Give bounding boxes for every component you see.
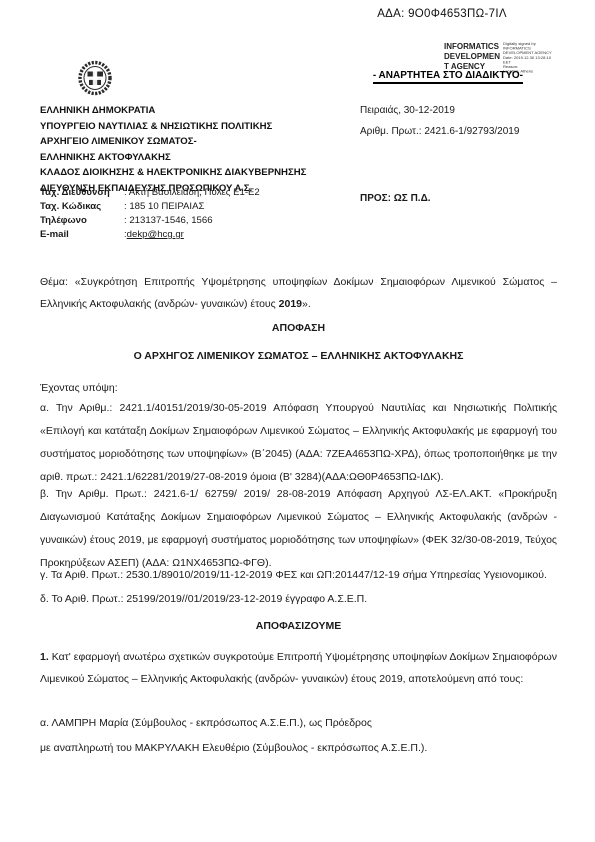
contact-info: Ταχ. Διεύθυνση : Ακτή Βασιλειάδη, Πύλες … — [40, 186, 340, 242]
paragraph-text: Κατ' εφαρμογή ανωτέρω σχετικών συγκροτού… — [40, 651, 557, 685]
paragraph-number: 1. — [40, 651, 49, 663]
regard-item-a: α. Την Αριθμ.: 2421.1/40151/2019/30-05-2… — [40, 397, 557, 489]
ministry-header: ΕΛΛΗΝΙΚΗ ΔΗΜΟΚΡΑΤΙΑ ΥΠΟΥΡΓΕΙΟ ΝΑΥΤΙΛΙΑΣ … — [40, 103, 340, 196]
header-line-hq1: ΑΡΧΗΓΕΙΟ ΛΙΜΕΝΙΚΟΥ ΣΩΜΑΤΟΣ- — [40, 134, 340, 150]
having-regard-label: Έχοντας υπόψη: — [40, 379, 557, 397]
regard-item-c: γ. Τα Αριθ. Πρωτ.: 2530.1/89010/2019/11-… — [40, 566, 557, 584]
header-line-branch: ΚΛΑΔΟΣ ΔΙΟΙΚΗΣΗΣ & ΗΛΕΚΤΡΟΝΙΚΗΣ ΔΙΑΚΥΒΕΡ… — [40, 165, 340, 181]
contact-value: : Ακτή Βασιλειάδη, Πύλες Ε1-Ε2 — [124, 186, 260, 200]
committee-member-a-substitute: με αναπληρωτή του ΜΑΚΡΥΛΑΚΗ Ελευθέριο (Σ… — [40, 739, 557, 757]
decision-heading: ΑΠΟΦΑΣΗ — [40, 322, 557, 334]
contact-label: E-mail — [40, 228, 124, 242]
contact-row-phone: Τηλέφωνο : 213137-1546, 1566 — [40, 214, 340, 228]
header-line-republic: ΕΛΛΗΝΙΚΗ ΔΗΜΟΚΡΑΤΙΑ — [40, 103, 340, 119]
header-line-ministry: ΥΠΟΥΡΓΕΙΟ ΝΑΥΤΙΛΙΑΣ & ΝΗΣΙΩΤΙΚΗΣ ΠΟΛΙΤΙΚ… — [40, 119, 340, 135]
contact-label: Ταχ. Κώδικας — [40, 200, 124, 214]
contact-label: Τηλέφωνο — [40, 214, 124, 228]
decision-paragraph-1: 1. Κατ' εφαρμογή ανωτέρω σχετικών συγκρο… — [40, 646, 557, 690]
hellenic-republic-emblem-icon — [76, 58, 114, 98]
regard-item-d: δ. Το Αριθ. Πρωτ.: 25199/2019//01/2019/2… — [40, 590, 557, 608]
ada-code: ΑΔΑ: 9Ο0Φ4653ΠΩ-7ΙΛ — [352, 8, 532, 20]
regard-item-b: β. Την Αριθμ. Πρωτ.: 2421.6-1/ 62759/ 20… — [40, 483, 557, 575]
subject-line: Θέμα: «Συγκρότηση Επιτροπής Υψομέτρησης … — [40, 271, 557, 315]
contact-value: : 213137-1546, 1566 — [124, 214, 213, 228]
header-line-hq2: ΕΛΛΗΝΙΚΗΣ ΑΚΤΟΦΥΛΑΚΗΣ — [40, 150, 340, 166]
contact-label: Ταχ. Διεύθυνση — [40, 186, 124, 200]
decide-heading: ΑΠΟΦΑΣΙΖΟΥΜΕ — [40, 620, 557, 632]
protocol-number: Αριθμ. Πρωτ.: 2421.6-1/92793/2019 — [360, 121, 580, 142]
recipient-line: ΠΡΟΣ: ΩΣ Π.Δ. — [360, 193, 431, 204]
subject-closing: ». — [302, 298, 311, 310]
document-meta: Πειραιάς, 30-12-2019 Αριθμ. Πρωτ.: 2421.… — [360, 100, 580, 142]
chief-heading: Ο ΑΡΧΗΓΟΣ ΛΙΜΕΝΙΚΟΥ ΣΩΜΑΤΟΣ – ΕΛΛΗΝΙΚΗΣ … — [40, 350, 557, 362]
document-page: ΑΔΑ: 9Ο0Φ4653ΠΩ-7ΙΛ INFORMATICS DEVELOPM… — [0, 0, 595, 842]
contact-value: : 185 10 ΠΕΙΡΑΙΑΣ — [124, 200, 204, 214]
place-date: Πειραιάς, 30-12-2019 — [360, 100, 580, 121]
contact-row-email: E-mail : dekp@hcg.gr — [40, 228, 340, 242]
subject-year: 2019 — [279, 298, 302, 310]
anartitea-label: - ΑΝΑΡΤΗΤΕΑ ΣΤΟ ΔΙΑΔΙΚΤΥΟ- — [373, 70, 523, 84]
committee-member-a: α. ΛΑΜΠΡΗ Μαρία (Σύμβουλος - εκπρόσωπος … — [40, 714, 557, 732]
contact-row-postcode: Ταχ. Κώδικας : 185 10 ΠΕΙΡΑΙΑΣ — [40, 200, 340, 214]
contact-row-address: Ταχ. Διεύθυνση : Ακτή Βασιλειάδη, Πύλες … — [40, 186, 340, 200]
email-link[interactable]: dekp@hcg.gr — [127, 228, 184, 242]
